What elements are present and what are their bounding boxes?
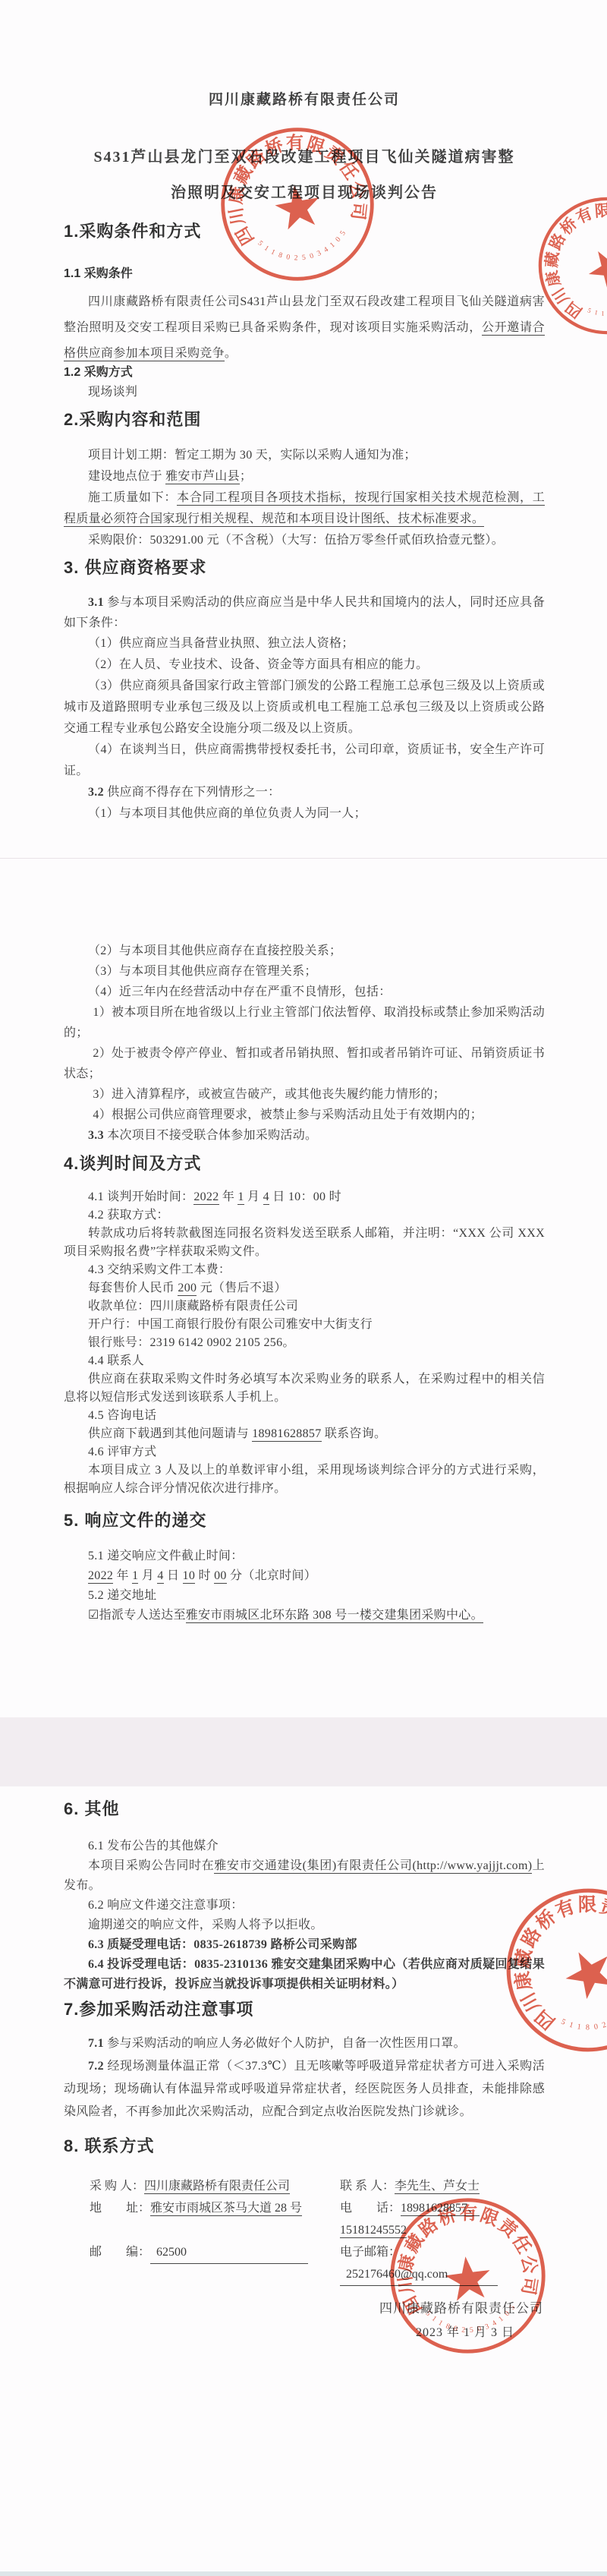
location-underlined: 雅安市芦山县 [165,470,240,484]
supplier-qualification-intro: 3.1 参与本项目采购活动的供应商应当是中华人民共和国境内的法人，同时还应具备如… [64,592,545,633]
procurement-conditions-paragraph: 四川康藏路桥有限责任公司S431芦山县龙门至双石段改建工程项目飞仙关隧道病害整治… [64,289,545,367]
procurement-method: 现场谈判 [64,383,545,402]
submission-address-underlined: 雅安市雨城区北环东路 308 号一楼交建集团采购中心。 [186,1609,483,1623]
contact-row-3: 邮 编：62500 电子邮箱：252176460@qq.com [90,2241,545,2286]
contact-row-1: 采 购 人：四川康藏路桥有限责任公司 联 系 人：李先生、芦女士 [90,2175,545,2197]
section-4-3-heading: 4.3 交纳采购文件工本费： [64,1261,545,1279]
qualification-item-4: （4）在谈判当日，供应商需携带授权委托书，公司印章，资质证书，安全生产许可证。 [64,739,545,782]
restriction-item-4: （4）近三年内在经营活动中存在严重不良情形，包括： [64,982,545,1002]
section-1-1-heading: 1.1 采购条件 [64,265,545,283]
publication-media-paragraph: 本项目采购公告同时在雅安市交通建设(集团)有限责任公司(http://www.y… [64,1856,545,1896]
section-5-heading: 5. 响应文件的递交 [64,1509,545,1533]
checkbox-checked-icon: ☑ [88,1609,99,1622]
bad-record-item-3: 3）进入清算程序，或被宣告破产，或其他丧失履约能力情形的； [64,1084,545,1105]
no-consortium-note: 3.3 本次项目不接受联合体参加采购活动。 [64,1125,545,1146]
announcement-title-line2: 治照明及交安工程项目现场谈判公告 [64,181,545,204]
signature-date: 2023 年 1 月 3 日 [64,2324,545,2342]
zip-code: 62500 [150,2241,308,2264]
project-schedule: 项目计划工期：暂定工期为 30 天，实际以采购人通知为准； [64,445,545,466]
qualification-item-2: （2）在人员、专业技术、设备、资金等方面具有相应的能力。 [64,654,545,676]
contact-label: 联 系 人： [340,2180,395,2193]
email-label: 电子邮箱： [340,2246,401,2259]
contact-person-paragraph: 供应商在获取采购文件时务必填写本次采购业务的联系人，在采购过程中的相关信息将以短… [64,1370,545,1407]
section-4-5-heading: 4.5 咨询电话 [64,1407,545,1425]
contact-row-2: 地 址：雅安市雨城区茶马大道 28 号 电 话：18981628857、1518… [90,2197,545,2241]
acquisition-method-paragraph: 转款成功后将转款截图连同报名资料发送至联系人邮箱，并注明：“XXX 公司 XXX… [64,1225,545,1261]
section-6-2-heading: 6.2 响应文件递交注意事项： [64,1896,545,1915]
page-3: 6. 其他 6.1 发布公告的其他媒介 本项目采购公告同时在雅安市交通建设(集团… [0,1786,607,2571]
contact-names: 李先生、芦女士 [395,2180,480,2194]
bank-line: 开户行：中国工商银行股份有限公司雅安中大街支行 [64,1316,545,1334]
payee-line: 收款单位：四川康藏路桥有限责任公司 [64,1297,545,1316]
section-5-2-heading: 5.2 递交地址 [64,1586,545,1606]
bad-record-item-2: 2）处于被责令停产停业、暂扣或者吊销执照、暂扣或者吊销许可证、吊销资质证书状态； [64,1043,545,1084]
qualification-item-1: （1）供应商应当具备营业执照、独立法人资格； [64,633,545,654]
submission-address-line: ☑指派专人送达至雅安市雨城区北环东路 308 号一楼交建集团采购中心。 [64,1606,545,1625]
late-submission-note: 逾期递交的响应文件，采购人将予以拒收。 [64,1915,545,1935]
buyer-label: 采 购 人： [90,2180,144,2193]
section-2-heading: 2.采购内容和范围 [64,408,545,432]
bad-record-item-1: 1）被本项目所在地省级以上行业主管部门依法暂停、取消投标或禁止参加采购活动的； [64,1002,545,1043]
qualification-item-3: （3）供应商须具备国家行政主管部门颁发的公路工程施工总承包三级及以上资质或城市及… [64,676,545,739]
query-phone-line: 6.3 质疑受理电话：0835-2618739 路桥公司采购部 [64,1935,545,1955]
section-4-6-heading: 4.6 评审方式 [64,1443,545,1461]
section-4-heading: 4.谈判时间及方式 [64,1152,545,1176]
scanned-announcement-document: 四川康藏路桥有限责任公司 S431芦山县龙门至双石段改建工程项目飞仙关隧道病害整… [0,0,607,2576]
address-label: 地 址： [90,2202,150,2215]
section-7-heading: 7.参加采购活动注意事项 [64,1997,545,2022]
section-3-heading: 3. 供应商资格要求 [64,556,545,580]
temperature-check-note: 7.2 经现场测量体温正常（＜37.3℃）且无咳嗽等呼吸道异常症状者方可进入采购… [64,2055,545,2124]
restriction-item-2: （2）与本项目其他供应商存在直接控股关系； [64,941,545,961]
section-5-1-heading: 5.1 递交响应文件截止时间： [64,1547,545,1566]
negotiation-start-time: 4.1 谈判开始时间：2022 年 1 月 4 日 10：00 时 [64,1188,545,1206]
zip-label: 邮 编： [90,2246,150,2259]
email-address: 252176460@qq.com [340,2263,498,2286]
restriction-item-1: （1）与本项目其他供应商的单位负责人为同一人； [64,803,545,825]
supplier-restriction-intro: 3.2 供应商不得存在下列情形之一： [64,782,545,803]
document-fee-line: 每套售价人民币 200 元（售后不退） [64,1279,545,1297]
company-name-title: 四川康藏路桥有限责任公司 [64,0,545,109]
consult-phone-line: 供应商下载遇到其他问题请与 18981628857 联系咨询。 [64,1425,545,1443]
page-1: 四川康藏路桥有限责任公司 S431芦山县龙门至双石段改建工程项目飞仙关隧道病害整… [0,0,607,859]
bad-record-item-4: 4）根据公司供应商管理要求，被禁止参与采购活动且处于有效期内的； [64,1105,545,1125]
signature-company: 四川康藏路桥有限责任公司 [64,2300,545,2318]
section-1-heading: 1.采购条件和方式 [64,219,545,244]
section-4-2-heading: 4.2 获取方式： [64,1206,545,1225]
page-2: （2）与本项目其他供应商存在直接控股关系； （3）与本项目其他供应商存在管理关系… [0,859,607,1717]
buyer-address: 雅安市雨城区茶马大道 28 号 [150,2202,302,2216]
section-6-heading: 6. 其他 [64,1797,545,1821]
section-4-4-heading: 4.4 联系人 [64,1352,545,1370]
complaint-phone-line: 6.4 投诉受理电话：0835-2310136 雅安交建集团采购中心（若供应商对… [64,1955,545,1994]
review-method-paragraph: 本项目成立 3 人及以上的单数评审小组，采用现场谈判综合评分的方式进行采购，根据… [64,1461,545,1498]
consult-phone-number: 18981628857 [252,1427,321,1442]
price-limit: 采购限价：503291.00 元（不含税）（大写：伍拾万零叁仟贰佰玖拾壹元整）。 [64,530,545,551]
project-location: 建设地点位于 雅安市芦山县； [64,466,545,487]
section-8-heading: 8. 联系方式 [64,2134,545,2158]
bank-account-line: 银行账号：2319 6142 0902 2105 256。 [64,1334,545,1352]
section-6-1-heading: 6.1 发布公告的其他媒介 [64,1837,545,1856]
fee-amount: 200 [178,1282,197,1296]
scan-bottom-edge [0,2571,607,2576]
phone-label: 电 话： [340,2202,401,2215]
announcement-title-line1: S431芦山县龙门至双石段改建工程项目飞仙关隧道病害整 [64,146,545,169]
restriction-item-3: （3）与本项目其他供应商存在管理关系； [64,961,545,982]
buyer-name: 四川康藏路桥有限责任公司 [144,2180,290,2194]
page-gap-band [0,1717,607,1787]
ppe-note: 7.1 参与采购活动的响应人务必做好个人防护，自备一次性医用口罩。 [64,2032,545,2055]
construction-quality: 施工质量如下：本合同工程项目各项技术指标，按现行国家相关技术规范检测，工程质量必… [64,487,545,530]
publication-site-underlined: 雅安市交通建设(集团)有限责任公司(http://www.yajjjt.com) [214,1859,532,1874]
submission-deadline: 2022 年 1 月 4 日 10 时 00 分（北京时间） [64,1566,545,1586]
